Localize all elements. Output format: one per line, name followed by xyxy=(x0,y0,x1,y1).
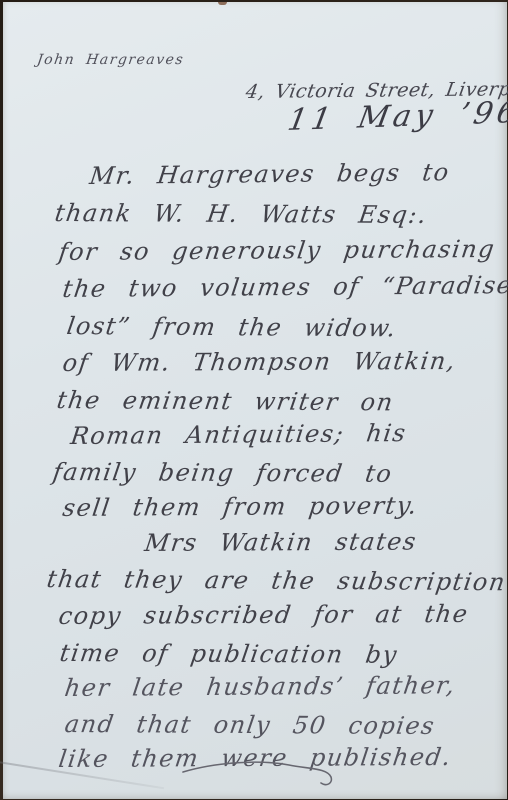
letter-line: Roman Antiquities; his xyxy=(69,419,408,450)
letter-line: the two volumes of “Paradise xyxy=(61,271,508,303)
letter-paper: John Hargreaves 4, Victoria Street, Live… xyxy=(3,2,507,799)
letter-line: thank W. H. Watts Esq:. xyxy=(53,199,429,229)
letter-line: copy subscribed for at the xyxy=(57,600,470,630)
letter-line: sell them from poverty. xyxy=(61,492,420,522)
letter-line: lost” from the widow. xyxy=(65,312,399,342)
letter-line: the eminent writer on xyxy=(55,386,396,416)
letterhead-name: John Hargreaves xyxy=(36,52,185,68)
letter-line: Mr. Hargreaves begs to xyxy=(88,158,452,190)
letter-line: of Wm. Thompson Watkin, xyxy=(61,347,458,377)
letter-line: her late husbands’ father, xyxy=(63,671,458,702)
letter-line: family being forced to xyxy=(51,458,395,488)
letter-line: time of publication by xyxy=(58,639,400,669)
paper-edge-mark xyxy=(218,2,227,5)
letter-line: and that only 50 copies xyxy=(63,710,437,740)
letter-line: Mrs Watkin states xyxy=(143,528,419,557)
letter-line: that they are the subscription xyxy=(45,565,508,596)
signature-flourish xyxy=(179,756,339,792)
letter-line: for so generously purchasing xyxy=(57,235,497,266)
letter-photo: John Hargreaves 4, Victoria Street, Live… xyxy=(0,0,508,800)
